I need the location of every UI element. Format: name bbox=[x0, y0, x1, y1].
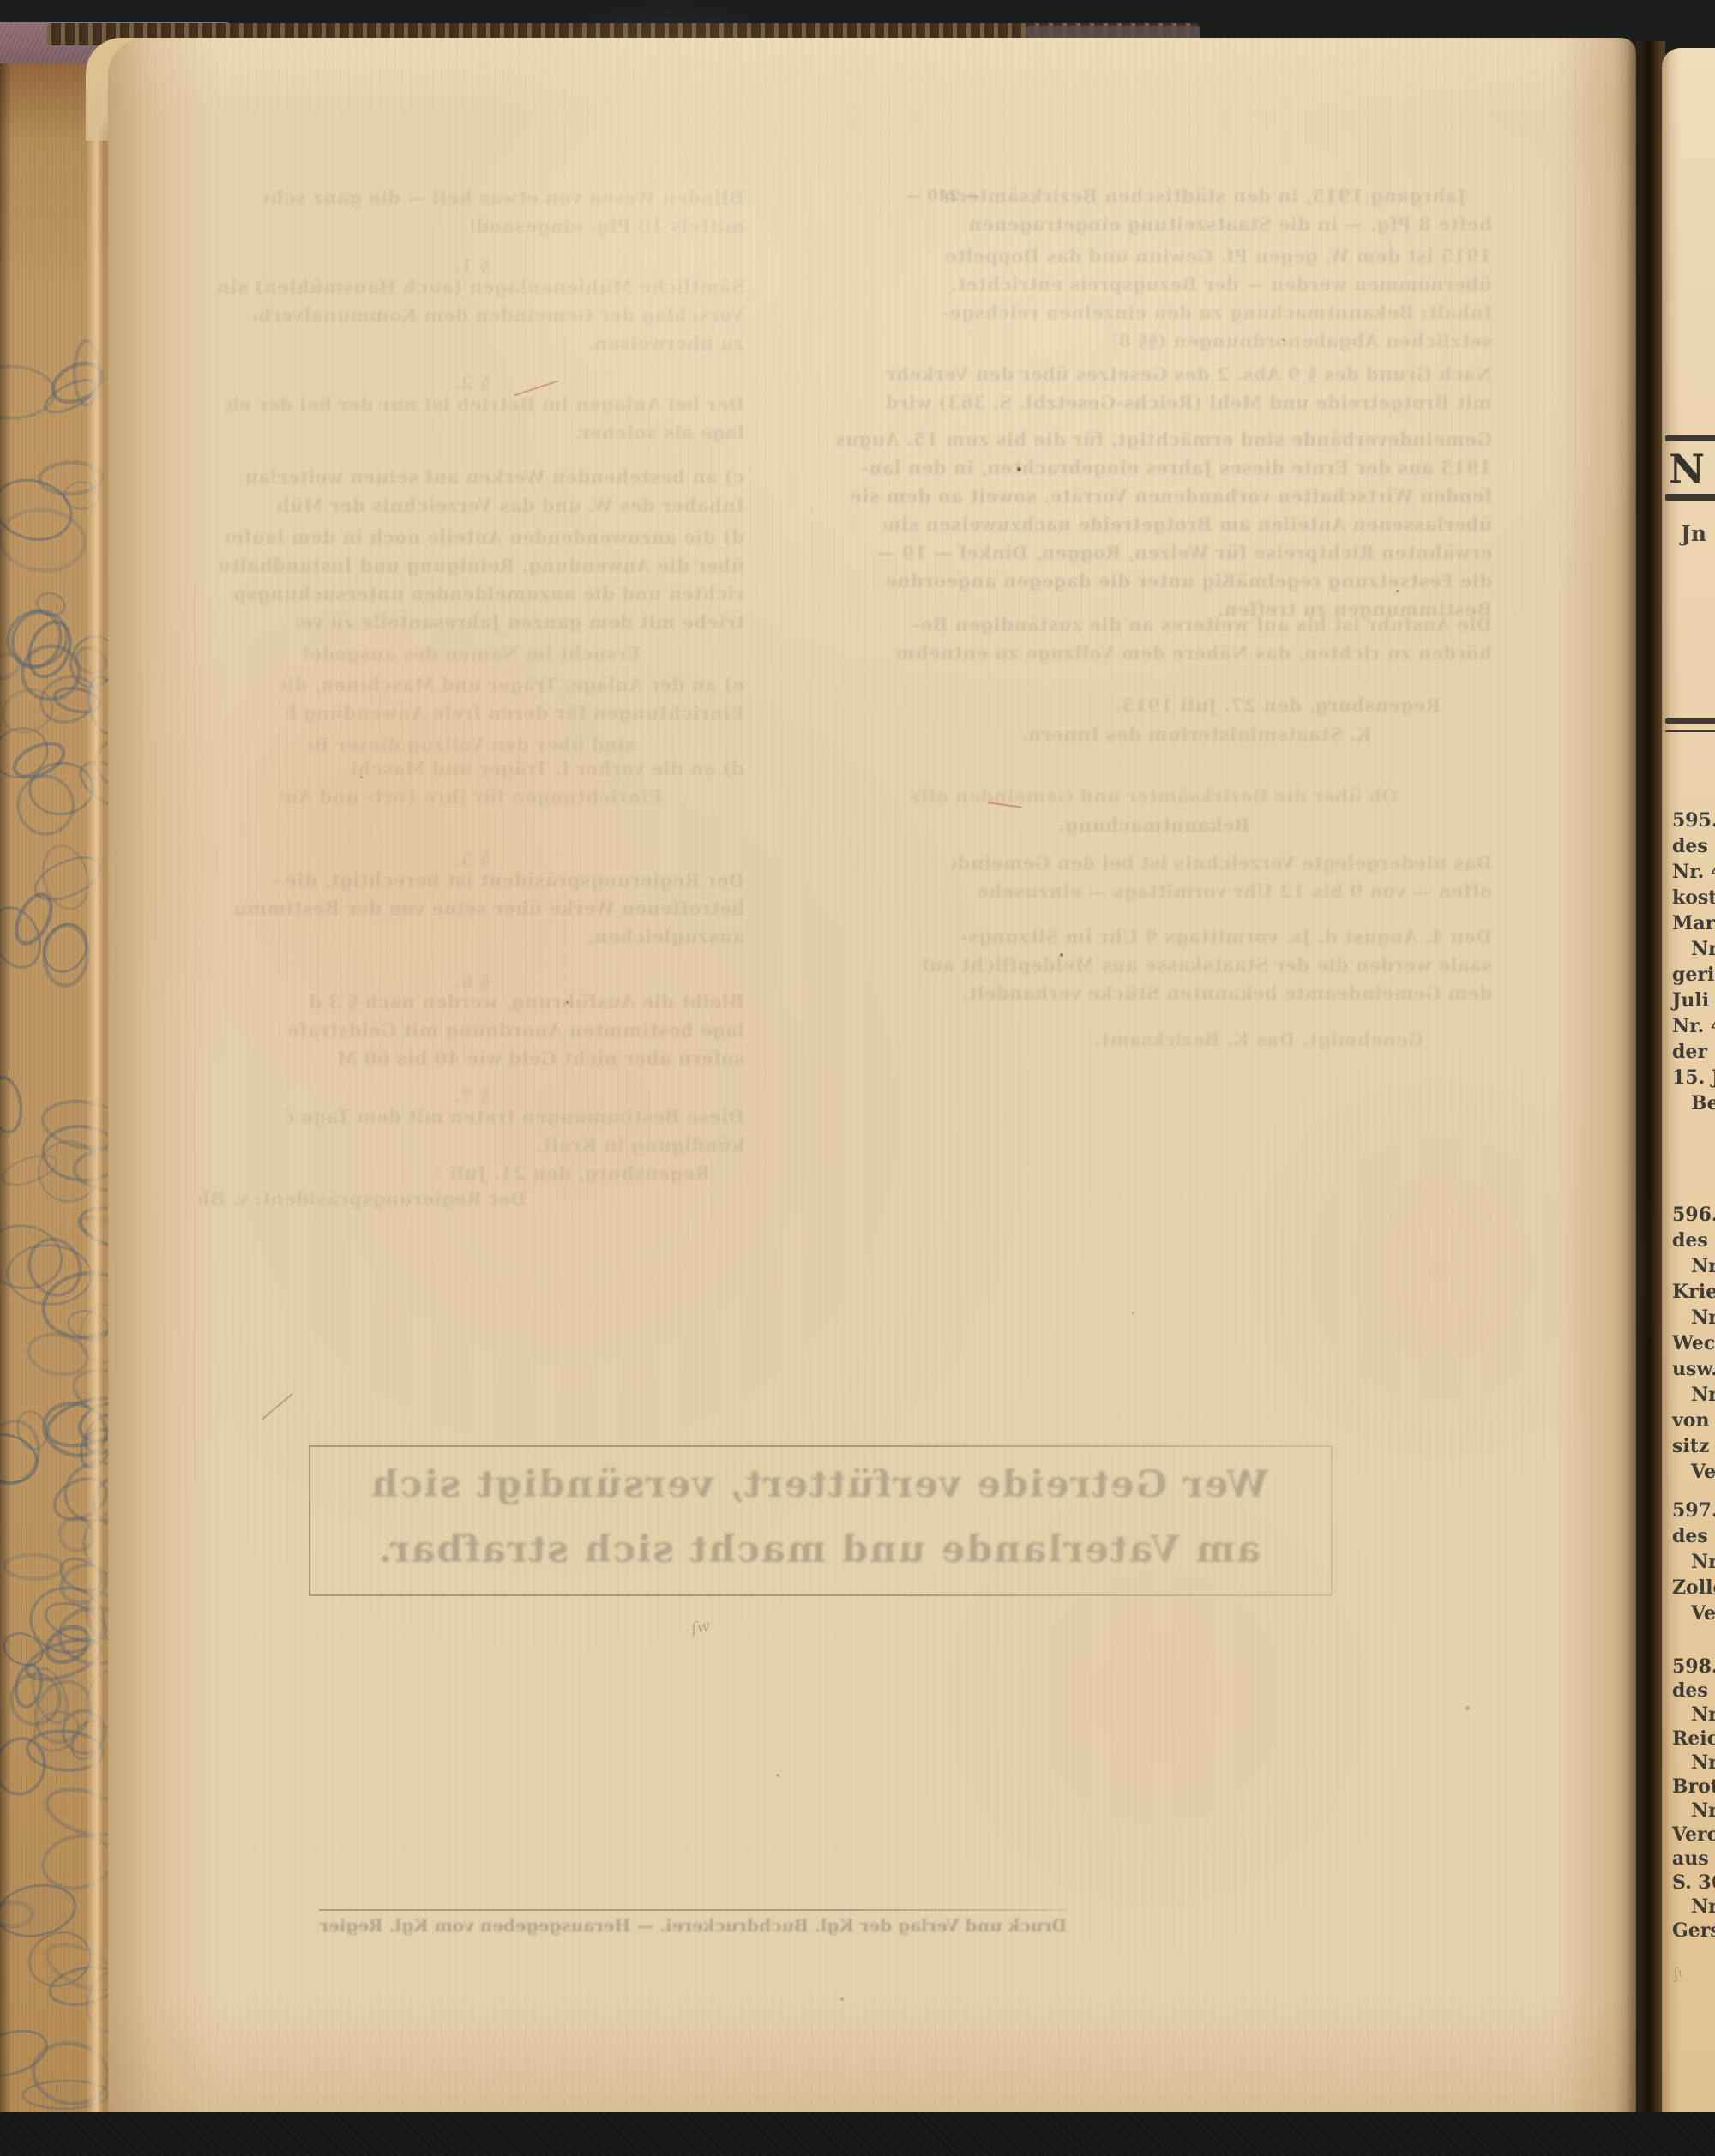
bleedthrough-line: fenden Wirtschaften vorhandenen Vorräte,… bbox=[844, 482, 1492, 510]
gazette-entry-line: Nr. bbox=[1691, 1751, 1715, 1775]
gazette-entry: 598. Ddes ReNr.ReichsfNr.BrotgetNr.Veror… bbox=[1672, 1655, 1715, 1943]
gazette-entry-line: Nr. 4 bbox=[1672, 859, 1715, 885]
gazette-entry-line: gerich bbox=[1672, 962, 1715, 988]
ghost-left-block: Der Regierungspräsident: v. Blessing. bbox=[199, 1185, 744, 1213]
bleedthrough-line: überlassenen Anteilen am Brotgetreide na… bbox=[884, 510, 1492, 538]
gazette-entry-line: Ver bbox=[1691, 1459, 1715, 1485]
gazette-entry-line: Nr. 48 bbox=[1672, 1013, 1715, 1039]
bleedthrough-line: Der Regierungspräsident: v. Blessing. bbox=[199, 1185, 527, 1213]
scanned-book-photo: — 240 — Blinden Wesen von etwas hell — d… bbox=[0, 0, 1715, 2156]
gazette-entry-line: Nr. bbox=[1691, 1895, 1715, 1919]
ghost-right-block: Ob über die Bezirksämter und Gemeinden o… bbox=[816, 782, 1492, 810]
paper-speck bbox=[566, 1001, 569, 1004]
ghost-right-block: Jahrgang 1915, in den städtischen Bezirk… bbox=[816, 182, 1492, 238]
paper-speck bbox=[776, 1774, 779, 1777]
gazette-entry-line: 598. D bbox=[1672, 1655, 1715, 1679]
gazette-entry-line: Reichsf bbox=[1672, 1727, 1715, 1751]
gazette-entry-line: des Re bbox=[1672, 1679, 1715, 1703]
gazette-entry-line: 15. Ju bbox=[1672, 1065, 1715, 1090]
gazette-entry: 595.des NNr. 4kostenMariNrgerichJuliNr. … bbox=[1672, 808, 1715, 1116]
bleedthrough-line: Bekanntmachung. bbox=[1039, 811, 1269, 839]
bleedthrough-line: kündigung in Kraft. bbox=[527, 1131, 744, 1159]
gazette-entry-line: Ver bbox=[1691, 1600, 1715, 1626]
section-rule-thin bbox=[1665, 730, 1715, 732]
ghost-right-block: Regensburg, den 27. Juli 1915. bbox=[816, 691, 1492, 719]
bleedthrough-line: Inhalt: Bekanntmachung zu den einzelnen … bbox=[898, 298, 1492, 327]
gazette-entry-line: des N bbox=[1672, 833, 1715, 859]
gazette-entry-line: Verordn bbox=[1672, 1823, 1715, 1847]
ghost-right-block: 1915 ist dem W. gegen Pf. Gewinn und das… bbox=[816, 242, 1492, 298]
bleedthrough-line: 1915 aus der Ernte dieses Jahres eingebr… bbox=[857, 453, 1492, 482]
paper-speck bbox=[840, 1997, 844, 2001]
scan-bottom-texture bbox=[0, 2112, 1715, 2156]
gazette-entry-line: des R bbox=[1672, 1228, 1715, 1253]
bleedthrough-line: Jahrgang 1915, in den städtischen Bezirk… bbox=[885, 182, 1466, 210]
gazette-entry: 596. des RNr.KriegsNr.Wechseusw., Nr.von… bbox=[1672, 1202, 1715, 1485]
bleedthrough-line: Den 4. August d. Js. vormittags 9 Uhr im… bbox=[911, 922, 1492, 951]
gazette-entry-line: Nr. bbox=[1691, 1549, 1715, 1575]
bleedthrough-line: erwähnten Richtpreise für Weizen, Roggen… bbox=[850, 538, 1492, 567]
bleedthrough-line: K. Staatsministerium des Innern. bbox=[966, 720, 1372, 748]
pencil-mark: ſw bbox=[689, 1617, 711, 1638]
gazette-entry: 597. Ddes RNr.ZollerlVer bbox=[1672, 1498, 1715, 1626]
bleedthrough-line: übernommen werden — der Bezugspreis entr… bbox=[952, 270, 1492, 298]
gazette-entry-line: Brotget bbox=[1672, 1775, 1715, 1799]
masthead-rule-bottom bbox=[1665, 494, 1715, 501]
bleedthrough-line: Gemeindeverbände sind ermächtigt, für di… bbox=[837, 425, 1492, 453]
gazette-entry-line: Mari bbox=[1672, 910, 1715, 936]
ghost-right-block: Das niedergelegte Verzeichnis ist bei de… bbox=[816, 849, 1492, 905]
ghost-right-block: Genehmigt. Das K. Bezirksamt. bbox=[816, 1025, 1492, 1054]
paper-stain bbox=[1218, 1046, 1664, 1492]
ghost-right-block: Die Ausfuhr ist bis auf weiteres an die … bbox=[816, 610, 1492, 667]
gazette-entry-line: Juli bbox=[1672, 988, 1715, 1013]
bleedthrough-line: Ob über die Bezirksämter und Gemeinden o… bbox=[911, 782, 1397, 810]
bleedthrough-line: Nach Grund des § 9 Abs. 2 des Gesetzes ü… bbox=[850, 360, 1492, 388]
gazette-entry-line: S. 363), bbox=[1672, 1871, 1715, 1895]
bleedthrough-line: setzlichen Abgabenordnungen (§§ 8). bbox=[1114, 327, 1492, 355]
page-gap-shadow bbox=[1626, 41, 1665, 2113]
ghost-right-block: Inhalt: Bekanntmachung zu den einzelnen … bbox=[816, 298, 1492, 355]
gazette-entry-line: 595. bbox=[1672, 808, 1715, 833]
bleedthrough-line: Genehmigt. Das K. Bezirksamt. bbox=[1086, 1025, 1423, 1054]
gazette-entry-line: Nr. bbox=[1691, 1703, 1715, 1727]
bleedthrough-line: Diese Bestimmungen treten mit dem Tage d… bbox=[286, 1102, 744, 1131]
masthead-initial: N bbox=[1669, 446, 1705, 492]
bleedthrough-line: Die Ausfuhr ist bis auf weiteres an die … bbox=[884, 610, 1492, 639]
gazette-entry-line: Nr. bbox=[1691, 1382, 1715, 1408]
intro-text-fragment: Jn bbox=[1681, 521, 1706, 546]
masthead-rule-top bbox=[1665, 435, 1715, 441]
gazette-entry-line: aus der bbox=[1672, 1847, 1715, 1871]
right-page-edge: N Jn 595.des NNr. 4kostenMariNrgerichJul… bbox=[1662, 48, 1715, 2113]
ghost-left-block: Diese Bestimmungen treten mit dem Tage d… bbox=[199, 1102, 744, 1159]
ghost-footer-text: Druck und Verlag der Kgl. Buchdruckerei.… bbox=[319, 1915, 1067, 1936]
ghost-left-block: c) an bestehenden Werken auf seinen weit… bbox=[199, 463, 744, 519]
gazette-entry-line: Zollerl bbox=[1672, 1575, 1715, 1600]
paper-speck bbox=[1465, 1706, 1470, 1710]
gazette-entry-line: kosten bbox=[1672, 885, 1715, 910]
gazette-entry-line: Wechse bbox=[1672, 1330, 1715, 1356]
bleedthrough-line: dem Gemeindeamte bekannten Stücke verhan… bbox=[965, 979, 1492, 1007]
bleedthrough-line: Das niedergelegte Verzeichnis ist bei de… bbox=[952, 849, 1492, 877]
ghost-right-block: Nach Grund des § 9 Abs. 2 des Gesetzes ü… bbox=[816, 360, 1492, 417]
gazette-entry-line: Kriegs bbox=[1672, 1279, 1715, 1305]
ghost-left-block: Regensburg, den 21. Juli 191 . bbox=[199, 1159, 744, 1187]
gazette-entry-line: Nr. bbox=[1691, 1799, 1715, 1823]
paper-stain bbox=[446, 0, 892, 446]
bleedthrough-line: Inhaber des W. und das Verzeichnis der M… bbox=[275, 491, 744, 519]
paper-speck bbox=[1132, 1312, 1134, 1314]
paper-speck bbox=[1060, 953, 1063, 957]
bleedthrough-line: hörden zu richten, das Nähere dem Vollzu… bbox=[898, 639, 1492, 667]
paper-speck bbox=[1282, 339, 1285, 341]
bleedthrough-line: mit Brotgetreide und Mehl (Reichs-Gesetz… bbox=[870, 388, 1492, 417]
gazette-entry-line: des R bbox=[1672, 1523, 1715, 1549]
paper-stain bbox=[900, 1440, 1415, 1955]
ghost-right-block: Bekanntmachung. bbox=[816, 811, 1492, 839]
bleedthrough-line: die Festsetzung regelmäßig unter die dag… bbox=[884, 567, 1492, 595]
bleedthrough-line: saale werden die der Staatskasse aus Mel… bbox=[924, 951, 1492, 979]
bleedthrough-line: Regensburg, den 27. Juli 1915. bbox=[1103, 691, 1441, 719]
paper-speck bbox=[1396, 590, 1399, 592]
gazette-entry-line: Gerste, bbox=[1672, 1919, 1715, 1943]
ghost-right-block: K. Staatsministerium des Innern. bbox=[816, 720, 1492, 748]
ghost-right-block: Gemeindeverbände sind ermächtigt, für di… bbox=[816, 425, 1492, 623]
gazette-entry-line: Be bbox=[1691, 1090, 1715, 1116]
gazette-entry-line: 596. bbox=[1672, 1202, 1715, 1228]
gazette-entry-line: usw., bbox=[1672, 1356, 1715, 1382]
gazette-entry-line: Nr. bbox=[1691, 1253, 1715, 1279]
section-rule-thick bbox=[1665, 718, 1715, 724]
bleedthrough-line: Regensburg, den 21. Juli 191 . bbox=[437, 1159, 710, 1187]
bleedthrough-line: hefte 8 Pfg. — in die Staatszeitung eing… bbox=[938, 210, 1492, 238]
bleedthrough-line: offen — von 9 bis 12 Uhr vormittags — ei… bbox=[978, 877, 1492, 905]
gazette-entry-line: sitz hab bbox=[1672, 1433, 1715, 1459]
ghost-right-block: Den 4. August d. Js. vormittags 9 Uhr im… bbox=[816, 922, 1492, 1007]
paper-speck bbox=[360, 776, 363, 778]
gazette-entry-line: der bbox=[1672, 1039, 1715, 1065]
bleedthrough-line: 1915 ist dem W. gegen Pf. Gewinn und das… bbox=[884, 242, 1492, 270]
bleedthrough-line: c) an bestehenden Werken auf seinen weit… bbox=[243, 463, 744, 491]
gazette-entry-line: Nr. bbox=[1691, 1305, 1715, 1330]
scan-bottom-background bbox=[0, 2112, 1715, 2156]
ghost-footer-rule bbox=[319, 1909, 1067, 1911]
paper-stain bbox=[69, 523, 652, 1106]
gazette-entry-line: 597. D bbox=[1672, 1498, 1715, 1523]
gazette-entry-line: Nr bbox=[1691, 936, 1715, 962]
paper-speck bbox=[1017, 467, 1021, 471]
gazette-entry-line: von Ar bbox=[1672, 1408, 1715, 1433]
